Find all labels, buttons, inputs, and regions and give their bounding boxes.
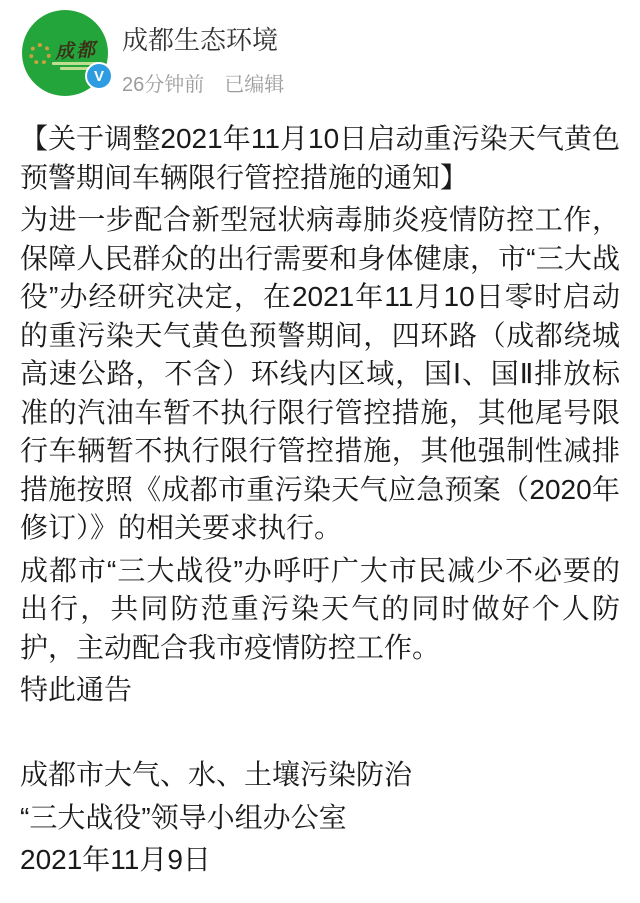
verified-badge-icon: V: [85, 62, 113, 90]
account-name[interactable]: 成都生态环境: [122, 20, 284, 57]
weibo-post: 成都 V 成都生态环境 26分钟前 已编辑 【关于调整2021年11月10日启动…: [0, 0, 640, 880]
post-paragraph: 特此通告: [20, 671, 620, 710]
post-body: 【关于调整2021年11月10日启动重污染天气黄色预警期间车辆限行管控措施的通知…: [20, 120, 620, 880]
post-paragraph: 成都市“三大战役”办呼吁广大市民减少不必要的出行，共同防范重污染天气的同时做好个…: [20, 552, 620, 668]
time-row: 26分钟前 已编辑: [122, 68, 284, 97]
post-header: 成都 V 成都生态环境 26分钟前 已编辑: [20, 8, 620, 108]
post-paragraph: 成都市大气、水、土壤污染防治: [20, 756, 620, 795]
emblem-gear-icon: [29, 43, 51, 65]
header-meta: 成都生态环境 26分钟前 已编辑: [122, 8, 284, 97]
avatar[interactable]: 成都 V: [22, 10, 108, 96]
post-paragraph: 2021年11月9日: [20, 841, 620, 880]
timestamp: 26分钟前: [122, 68, 204, 97]
avatar-calligraphy-text: 成都: [54, 35, 97, 64]
post-paragraph: 【关于调整2021年11月10日启动重污染天气黄色预警期间车辆限行管控措施的通知…: [20, 120, 620, 197]
edited-label: 已编辑: [224, 68, 284, 97]
post-paragraph: 为进一步配合新型冠状病毒肺炎疫情防控工作，保障人民群众的出行需要和身体健康，市“…: [20, 201, 620, 548]
post-paragraph: [20, 714, 620, 753]
post-paragraph: “三大战役”领导小组办公室: [20, 799, 620, 838]
